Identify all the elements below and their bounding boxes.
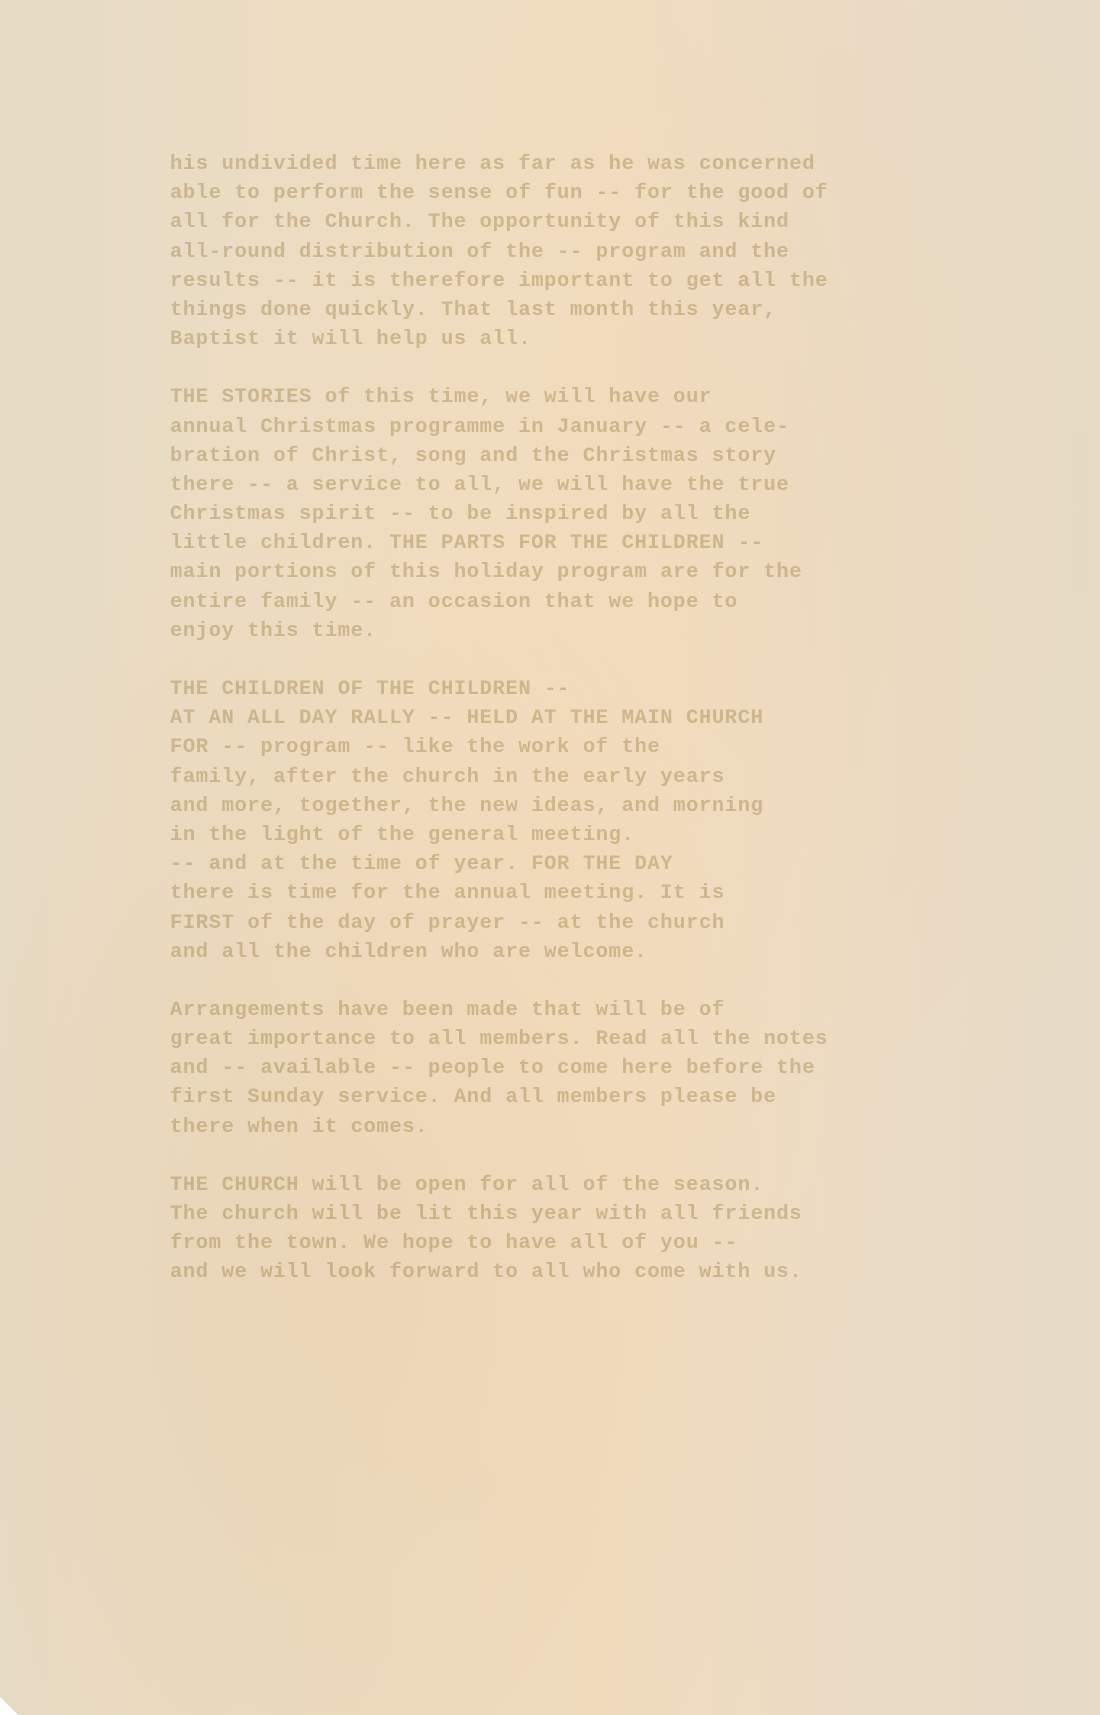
text-line: and -- available -- people to come here … (170, 1054, 1000, 1083)
text-line: things done quickly. That last month thi… (170, 296, 1000, 325)
scanned-page: his undivided time here as far as he was… (0, 0, 1100, 1715)
text-line: there when it comes. (170, 1113, 1000, 1142)
text-line: FOR -- program -- like the work of the (170, 733, 1000, 762)
text-line: and all the children who are welcome. (170, 938, 1000, 967)
paragraph: his undivided time here as far as he was… (170, 150, 1000, 354)
text-line: main portions of this holiday program ar… (170, 558, 1000, 587)
text-line: little children. THE PARTS FOR THE CHILD… (170, 529, 1000, 558)
text-line: all for the Church. The opportunity of t… (170, 208, 1000, 237)
text-line: there -- a service to all, we will have … (170, 471, 1000, 500)
text-line: his undivided time here as far as he was… (170, 150, 1000, 179)
text-line: in the light of the general meeting. (170, 821, 1000, 850)
text-line: THE STORIES of this time, we will have o… (170, 383, 1000, 412)
text-line: family, after the church in the early ye… (170, 763, 1000, 792)
text-line: first Sunday service. And all members pl… (170, 1083, 1000, 1112)
paragraph: Arrangements have been made that will be… (170, 996, 1000, 1142)
typewritten-text: his undivided time here as far as he was… (170, 150, 1000, 1317)
paragraph: THE CHILDREN OF THE CHILDREN --AT AN ALL… (170, 675, 1000, 967)
text-line: The church will be lit this year with al… (170, 1200, 1000, 1229)
paragraph: THE STORIES of this time, we will have o… (170, 383, 1000, 646)
text-line: bration of Christ, song and the Christma… (170, 442, 1000, 471)
text-line: able to perform the sense of fun -- for … (170, 179, 1000, 208)
text-line: enjoy this time. (170, 617, 1000, 646)
torn-corner (0, 1697, 18, 1715)
text-line: THE CHURCH will be open for all of the s… (170, 1171, 1000, 1200)
text-line: results -- it is therefore important to … (170, 267, 1000, 296)
text-line: THE CHILDREN OF THE CHILDREN -- (170, 675, 1000, 704)
text-line: entire family -- an occasion that we hop… (170, 588, 1000, 617)
paragraph: THE CHURCH will be open for all of the s… (170, 1171, 1000, 1288)
text-line: annual Christmas programme in January --… (170, 413, 1000, 442)
text-line: and we will look forward to all who come… (170, 1258, 1000, 1287)
text-line: from the town. We hope to have all of yo… (170, 1229, 1000, 1258)
text-line: -- and at the time of year. FOR THE DAY (170, 850, 1000, 879)
text-line: Arrangements have been made that will be… (170, 996, 1000, 1025)
text-line: AT AN ALL DAY RALLY -- HELD AT THE MAIN … (170, 704, 1000, 733)
text-line: there is time for the annual meeting. It… (170, 879, 1000, 908)
text-line: and more, together, the new ideas, and m… (170, 792, 1000, 821)
text-line: all-round distribution of the -- program… (170, 238, 1000, 267)
text-line: FIRST of the day of prayer -- at the chu… (170, 909, 1000, 938)
text-line: Christmas spirit -- to be inspired by al… (170, 500, 1000, 529)
text-line: great importance to all members. Read al… (170, 1025, 1000, 1054)
text-line: Baptist it will help us all. (170, 325, 1000, 354)
